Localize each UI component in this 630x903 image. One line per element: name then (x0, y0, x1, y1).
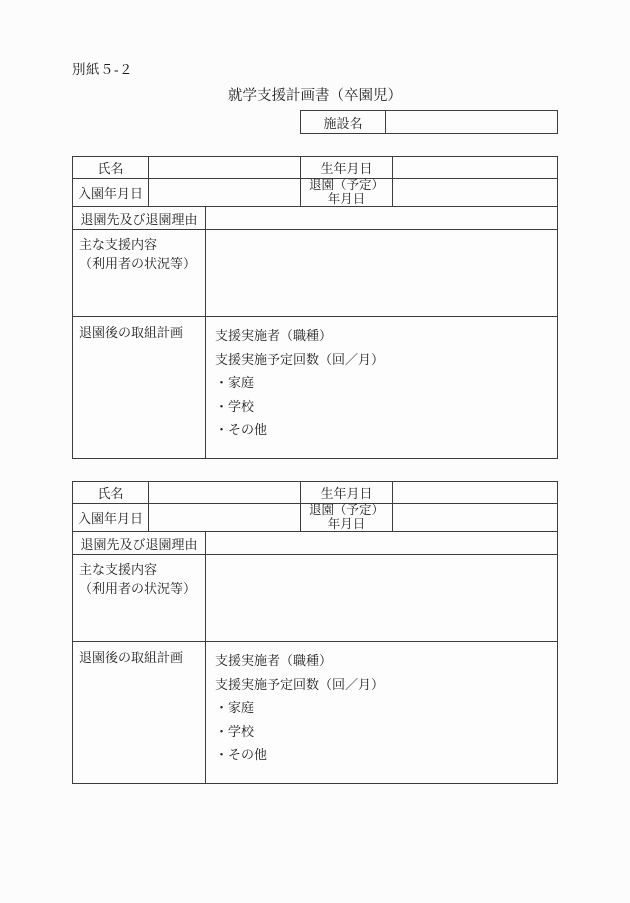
birthdate-field[interactable] (393, 157, 558, 179)
post-plan-label: 退園後の取組計画 (73, 317, 206, 459)
plan-line-school: ・学校 (215, 395, 548, 419)
main-support-label-line1: 主な支援内容 (79, 560, 199, 579)
name-field[interactable] (149, 157, 301, 179)
birthdate-label: 生年月日 (301, 482, 393, 504)
withdrawal-reason-label: 退園先及び退園理由 (73, 532, 206, 555)
withdrawal-date-label-line2: 年月日 (301, 518, 392, 532)
plan-line-implementer: 支援実施者（職種） (215, 324, 548, 348)
withdrawal-reason-field[interactable] (206, 532, 558, 555)
main-support-field[interactable] (206, 555, 558, 642)
withdrawal-date-label: 退園（予定） 年月日 (301, 179, 393, 207)
table-row: 氏名 生年月日 (73, 157, 558, 179)
withdrawal-date-label-line1: 退園（予定） (301, 504, 392, 518)
page-title: 就学支援計画書（卒園児） (0, 84, 630, 105)
table-row: 主な支援内容 （利用者の状況等） (73, 555, 558, 642)
plan-line-implementer: 支援実施者（職種） (215, 649, 548, 673)
enrollment-date-field[interactable] (149, 504, 301, 532)
table-row: 入園年月日 退園（予定） 年月日 (73, 179, 558, 207)
enrollment-date-field[interactable] (149, 179, 301, 207)
table-row: 入園年月日 退園（予定） 年月日 (73, 504, 558, 532)
document-page: 別紙５-２ 就学支援計画書（卒園児） 施設名 氏名 生年月日 入園年月日 退園（… (0, 0, 630, 903)
table-row: 退園先及び退園理由 (73, 532, 558, 555)
plan-line-school: ・学校 (215, 720, 548, 744)
plan-line-home: ・家庭 (215, 371, 548, 395)
main-support-label: 主な支援内容 （利用者の状況等） (73, 555, 206, 642)
withdrawal-reason-label: 退園先及び退園理由 (73, 207, 206, 230)
plan-line-other: ・その他 (215, 743, 548, 767)
main-support-label-line2: （利用者の状況等） (79, 579, 199, 598)
facility-name-row: 施設名 (301, 111, 558, 134)
child-record-table-1: 氏名 生年月日 入園年月日 退園（予定） 年月日 退園先及び退園理由 主な支援内… (72, 156, 558, 459)
main-support-label-line1: 主な支援内容 (79, 235, 199, 254)
facility-name-field[interactable] (386, 111, 558, 134)
main-support-label-line2: （利用者の状況等） (79, 254, 199, 273)
facility-name-label: 施設名 (301, 111, 386, 134)
post-plan-label: 退園後の取組計画 (73, 642, 206, 784)
withdrawal-date-label-line2: 年月日 (301, 193, 392, 207)
withdrawal-date-field[interactable] (393, 504, 558, 532)
enrollment-date-label: 入園年月日 (73, 179, 149, 207)
withdrawal-date-label: 退園（予定） 年月日 (301, 504, 393, 532)
plan-line-other: ・その他 (215, 418, 548, 442)
main-support-field[interactable] (206, 230, 558, 317)
withdrawal-date-field[interactable] (393, 179, 558, 207)
withdrawal-reason-field[interactable] (206, 207, 558, 230)
post-plan-field[interactable]: 支援実施者（職種） 支援実施予定回数（回／月） ・家庭 ・学校 ・その他 (206, 317, 558, 459)
plan-line-frequency: 支援実施予定回数（回／月） (215, 348, 548, 372)
withdrawal-date-label-line1: 退園（予定） (301, 179, 392, 193)
main-support-label: 主な支援内容 （利用者の状況等） (73, 230, 206, 317)
attachment-number-label: 別紙５-２ (72, 58, 133, 78)
child-record-table-2: 氏名 生年月日 入園年月日 退園（予定） 年月日 退園先及び退園理由 主な支援内… (72, 481, 558, 784)
plan-line-frequency: 支援実施予定回数（回／月） (215, 673, 548, 697)
facility-name-box: 施設名 (300, 110, 558, 134)
name-label: 氏名 (73, 157, 149, 179)
table-row: 退園後の取組計画 支援実施者（職種） 支援実施予定回数（回／月） ・家庭 ・学校… (73, 317, 558, 459)
table-row: 退園先及び退園理由 (73, 207, 558, 230)
birthdate-label: 生年月日 (301, 157, 393, 179)
table-row: 氏名 生年月日 (73, 482, 558, 504)
table-row: 主な支援内容 （利用者の状況等） (73, 230, 558, 317)
name-label: 氏名 (73, 482, 149, 504)
enrollment-date-label: 入園年月日 (73, 504, 149, 532)
birthdate-field[interactable] (393, 482, 558, 504)
name-field[interactable] (149, 482, 301, 504)
post-plan-field[interactable]: 支援実施者（職種） 支援実施予定回数（回／月） ・家庭 ・学校 ・その他 (206, 642, 558, 784)
plan-line-home: ・家庭 (215, 696, 548, 720)
table-row: 退園後の取組計画 支援実施者（職種） 支援実施予定回数（回／月） ・家庭 ・学校… (73, 642, 558, 784)
